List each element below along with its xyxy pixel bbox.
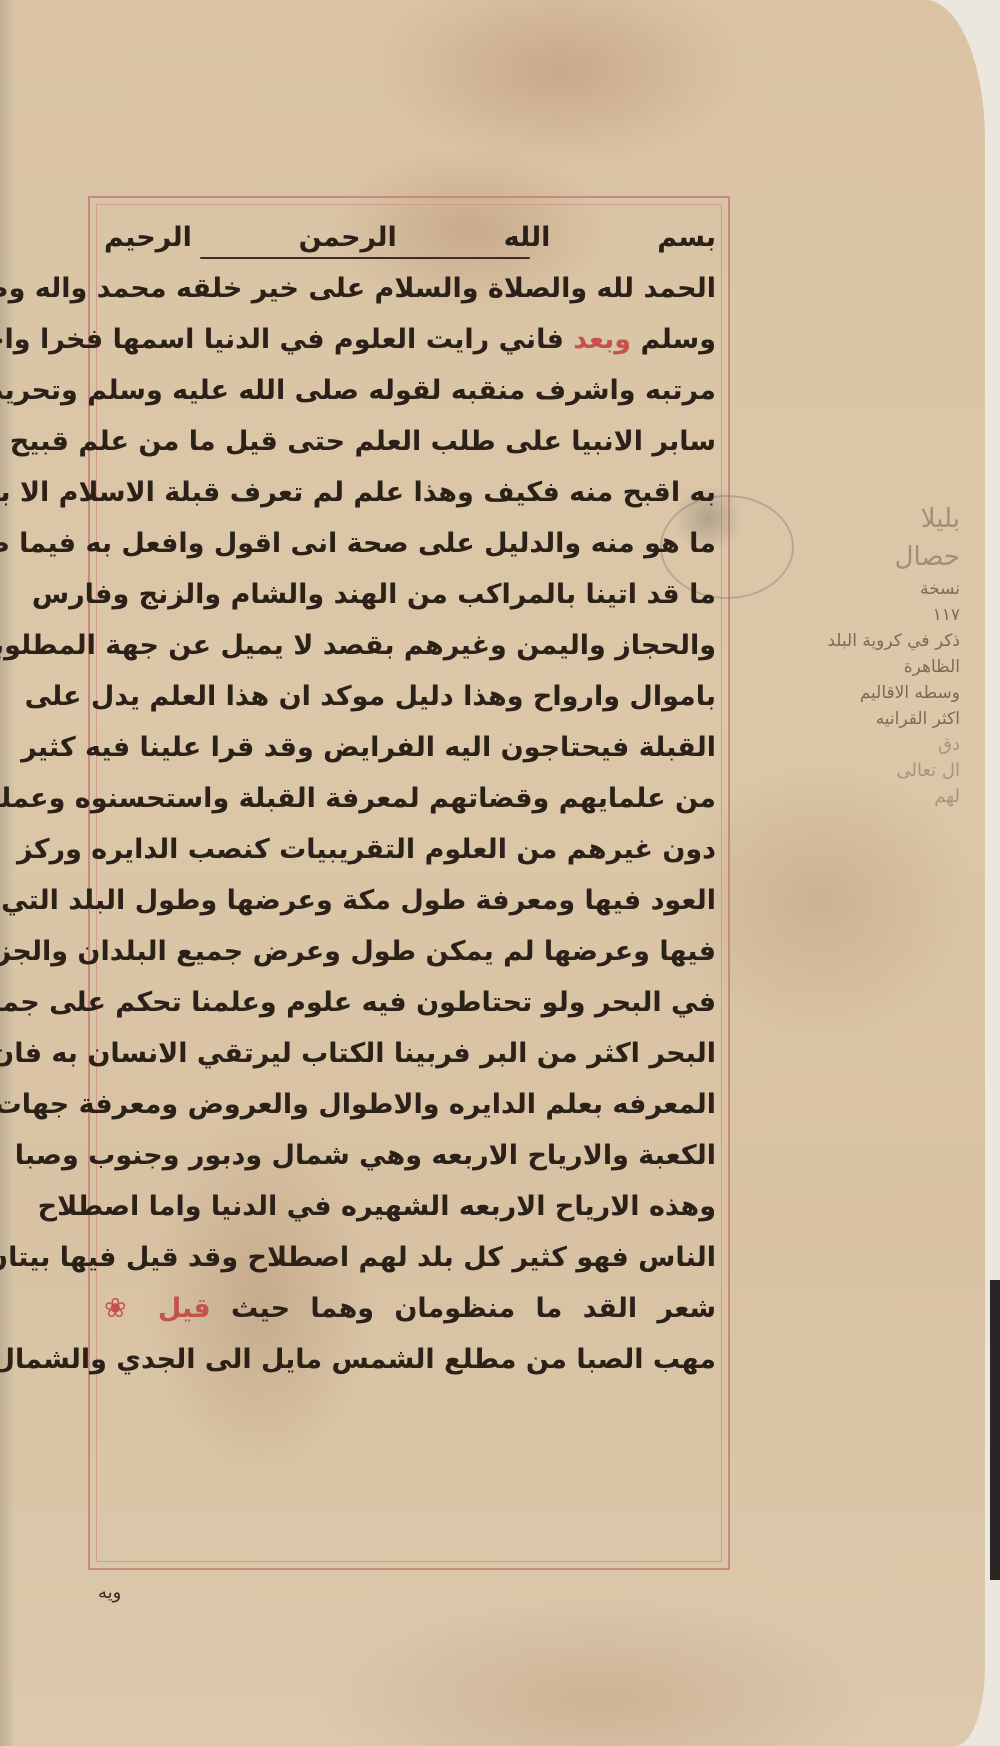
line-text: ما هو منه والدليل على صحة انى اقول وافعل…	[0, 528, 716, 559]
margin-note: دق	[750, 732, 960, 758]
text-line: البحر اكثر من البر فربينا الكتاب ليرتقي …	[104, 1028, 716, 1079]
text-line: الحمد لله والصلاة والسلام على خير خلقه م…	[104, 263, 716, 314]
marginal-annotations: بليلا حصال نسخة ١١٧ ذكر في كروية البلد ا…	[750, 500, 960, 810]
main-text-block: بسم الله الرحمن الرحيم الحمد لله والصلاة…	[104, 212, 716, 1385]
binding-edge	[0, 0, 14, 1746]
text-line: في البحر ولو تحتاطون فيه علوم وعلمنا تحك…	[104, 977, 716, 1028]
text-line: باموال وارواح وهذا دليل موكد ان هذا العل…	[104, 671, 716, 722]
line-text: القبلة فيحتاجون اليه الفرايض وقد قرا علي…	[21, 732, 716, 763]
text-line: مرتبه واشرف منقبه لقوله صلى الله عليه وس…	[104, 365, 716, 416]
line-text: ما قد اتينا بالمراكب من الهند والشام وال…	[32, 579, 716, 610]
line-text: في البحر ولو تحتاطون فيه علوم وعلمنا تحك…	[0, 987, 716, 1018]
text-line: وسلم وبعد فاني رايت العلوم في الدنيا اسم…	[104, 314, 716, 365]
text-line: فيها وعرضها لم يمكن طول وعرض جميع البلدا…	[104, 926, 716, 977]
line-text: وهذه الارياح الاربعه الشهيره في الدنيا و…	[38, 1191, 716, 1222]
line-text: الحمد لله والصلاة والسلام على خير خلقه م…	[0, 273, 716, 304]
line-text: المعرفه بعلم الدايره والاطوال والعروض وم…	[0, 1089, 716, 1120]
line-text: مرتبه واشرف منقبه لقوله صلى الله عليه وس…	[0, 375, 716, 406]
line-text: سابر الانبيا على طلب العلم حتى قيل ما من…	[0, 426, 716, 457]
text-line: الكعبة والارياح الاربعه وهي شمال ودبور و…	[104, 1130, 716, 1181]
text-line: ما هو منه والدليل على صحة انى اقول وافعل…	[104, 518, 716, 569]
margin-note: ذكر في كروية البلد	[750, 628, 960, 654]
line-text: العود فيها ومعرفة طول مكة وعرضها وطول ال…	[1, 885, 716, 916]
text-line: والحجاز واليمن وغيرهم بقصد لا يميل عن جه…	[104, 620, 716, 671]
rubric-flower-mark-icon: ❀	[104, 1293, 138, 1324]
margin-note: اكثر القرانيه	[750, 706, 960, 732]
line-text: فيها وعرضها لم يمكن طول وعرض جميع البلدا…	[0, 936, 716, 967]
catchword: ويه	[98, 1582, 121, 1603]
margin-note: وسطه الاقاليم	[750, 680, 960, 706]
line-text: من علمايهم وقضاتهم لمعرفة القبلة واستحسن…	[0, 783, 716, 814]
margin-note: ١١٧	[750, 602, 960, 628]
text-line: من علمايهم وقضاتهم لمعرفة القبلة واستحسن…	[104, 773, 716, 824]
text-line: القبلة فيحتاجون اليه الفرايض وقد قرا علي…	[104, 722, 716, 773]
margin-note: نسخة	[750, 576, 960, 602]
margin-note: لهم	[750, 784, 960, 810]
line-text-prefix: وسلم	[640, 324, 716, 355]
line-text: باموال وارواح وهذا دليل موكد ان هذا العل…	[25, 681, 716, 712]
text-line: شعر القد ما منظومان وهما حيث قيل ❀	[104, 1283, 716, 1334]
text-line: دون غيرهم من العلوم التقريبيات كنصب الدا…	[104, 824, 716, 875]
line-text: دون غيرهم من العلوم التقريبيات كنصب الدا…	[17, 834, 716, 865]
rubric-word: قيل	[158, 1293, 211, 1324]
text-line: العود فيها ومعرفة طول مكة وعرضها وطول ال…	[104, 875, 716, 926]
line-text: والحجاز واليمن وغيرهم بقصد لا يميل عن جه…	[0, 630, 716, 661]
scanner-edge-strip	[990, 1280, 1000, 1580]
text-line: مهب الصبا من مطلع الشمس مايل الى الجدي و…	[104, 1334, 716, 1385]
line-text: به اقبح منه فكيف وهذا علم لم تعرف قبلة ا…	[0, 477, 716, 508]
line-text: بسم الله الرحمن الرحيم	[104, 222, 716, 253]
line-text: مهب الصبا من مطلع الشمس مايل الى الجدي و…	[0, 1344, 716, 1375]
text-line: وهذه الارياح الاربعه الشهيره في الدنيا و…	[104, 1181, 716, 1232]
text-line-basmala: بسم الله الرحمن الرحيم	[104, 212, 716, 263]
margin-note: الظاهرة	[750, 654, 960, 680]
text-line: الناس فهو كثير كل بلد لهم اصطلاح وقد قيل…	[104, 1232, 716, 1283]
text-line: المعرفه بعلم الدايره والاطوال والعروض وم…	[104, 1079, 716, 1130]
margin-note: حصال	[750, 538, 960, 576]
line-text: الناس فهو كثير كل بلد لهم اصطلاح وقد قيل…	[0, 1242, 716, 1273]
text-line: ما قد اتينا بالمراكب من الهند والشام وال…	[104, 569, 716, 620]
text-line: به اقبح منه فكيف وهذا علم لم تعرف قبلة ا…	[104, 467, 716, 518]
margin-note: ال تعالى	[750, 758, 960, 784]
margin-note: بليلا	[750, 500, 960, 538]
line-text: البحر اكثر من البر فربينا الكتاب ليرتقي …	[0, 1038, 716, 1069]
line-text: فاني رايت العلوم في الدنيا اسمها فخرا وا…	[0, 324, 564, 355]
line-text: الكعبة والارياح الاربعه وهي شمال ودبور و…	[15, 1140, 716, 1171]
line-text: شعر القد ما منظومان وهما حيث	[231, 1293, 716, 1324]
text-line: سابر الانبيا على طلب العلم حتى قيل ما من…	[104, 416, 716, 467]
rubric-word: وبعد	[573, 324, 631, 355]
